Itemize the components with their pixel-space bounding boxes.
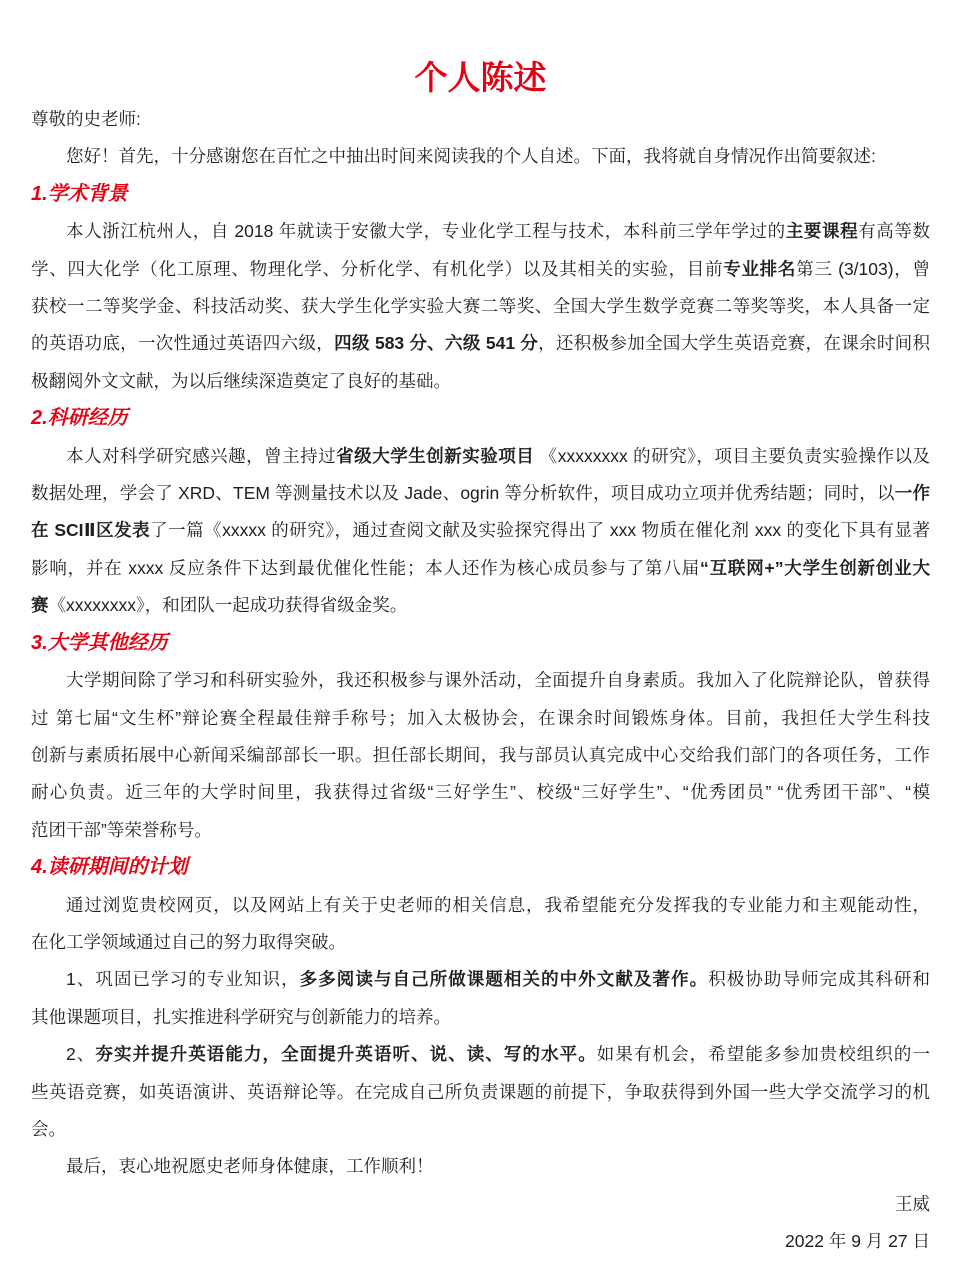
body-text: 1、巩固已学习的专业知识， [66, 969, 300, 989]
body-line: 在 SCIⅡ区发表了一篇《xxxxx 的研究》，通过查阅文献及实验探究得出了 x… [31, 512, 930, 549]
body-text: ，还积极参加全国大学生英语竞赛，在课余时间积 [538, 333, 930, 353]
body-line: 耐心负责。近三年的大学时间里，我获得过省级“三好学生”、校级“三好学生”、“优秀… [31, 774, 930, 811]
body-line: 影响，并在 xxxx 反应条件下达到最优催化性能；本人还作为核心成员参与了第八届… [31, 550, 930, 587]
bold-text: 赛 [31, 595, 49, 615]
salutation: 尊敬的史老师: [31, 101, 930, 138]
body-line: 学、四大化学（化工原理、物理化学、分析化学、有机化学）以及其相关的实验，目前专业… [31, 251, 930, 288]
body-line: 获校一二等奖学金、科技活动奖、获大学生化学实验大赛二等奖、全国大学生数学竞赛二等… [31, 288, 930, 325]
body-line: 极翻阅外文文献，为以后继续深造奠定了良好的基础。 [31, 363, 930, 400]
body-text: 通过浏览贵校网页，以及网站上有关于史老师的相关信息，我希望能充分发挥我的专业能力… [66, 895, 930, 915]
body-text: 《xxxxxxxx》，和团队一起成功获得省级金奖。 [49, 595, 408, 615]
section-heading: 3.大学其他经历 [31, 625, 930, 662]
body-text: 最后，衷心地祝愿史老师身体健康，工作顺利！ [66, 1156, 434, 1176]
section-heading: 2.科研经历 [31, 400, 930, 437]
section-heading: 1.学术背景 [31, 176, 930, 213]
bold-text: 省级大学生创新实验项目 [336, 446, 534, 466]
body-line: 会。 [31, 1111, 930, 1148]
body-text: 积极协助导师完成其科研和 [708, 969, 930, 989]
body-line: 最后，衷心地祝愿史老师身体健康，工作顺利！ [31, 1148, 930, 1185]
body-text: 第三 (3/103)，曾 [796, 259, 930, 279]
body-text: 了一篇《xxxxx 的研究》，通过查阅文献及实验探究得出了 xxx 物质在催化剂… [150, 520, 930, 540]
body-text: 创新与素质拓展中心新闻采编部部长一职。担任部长期间，我与部员认真完成中心交给我们… [31, 745, 930, 765]
body-text: 些英语竞赛，如英语演讲、英语辩论等。在完成自己所负责课题的前提下，争取获得到外国… [31, 1082, 930, 1102]
date: 2022 年 9 月 27 日 [31, 1223, 930, 1260]
body-text: 影响，并在 xxxx 反应条件下达到最优催化性能；本人还作为核心成员参与了第八届 [31, 558, 700, 578]
bold-text: 夯实并提升英语能力，全面提升英语听、说、读、写的水平。 [95, 1044, 596, 1064]
body-line: 范团干部”等荣誉称号。 [31, 812, 930, 849]
body-line: 在化工学领域通过自己的努力取得突破。 [31, 924, 930, 961]
body-text: 范团干部”等荣誉称号。 [31, 820, 212, 840]
body-line: 2、夯实并提升英语能力，全面提升英语听、说、读、写的水平。如果有机会，希望能多参… [31, 1036, 930, 1073]
body-text: 耐心负责。近三年的大学时间里，我获得过省级“三好学生”、校级“三好学生”、“优秀… [31, 782, 930, 802]
body-text: 在化工学领域通过自己的努力取得突破。 [31, 932, 346, 952]
page-title: 个人陈述 [31, 0, 930, 101]
body-line: 其他课题项目，扎实推进科学研究与创新能力的培养。 [31, 999, 930, 1036]
body-text: 其他课题项目，扎实推进科学研究与创新能力的培养。 [31, 1007, 451, 1027]
body-line: 1、巩固已学习的专业知识，多多阅读与自己所做课题相关的中外文献及著作。积极协助导… [31, 961, 930, 998]
body-line: 大学期间除了学习和科研实验外，我还积极参与课外活动，全面提升自身素质。我加入了化… [31, 662, 930, 699]
body-text: 大学期间除了学习和科研实验外，我还积极参与课外活动，全面提升自身素质。我加入了化… [66, 670, 930, 690]
body-line: 本人对科学研究感兴趣，曾主持过省级大学生创新实验项目 《xxxxxxxx 的研究… [31, 438, 930, 475]
bold-text: 主要课程 [786, 221, 858, 241]
body-text: 本人对科学研究感兴趣，曾主持过 [66, 446, 336, 466]
body-line: 本人浙江杭州人，自 2018 年就读于安徽大学，专业化学工程与技术，本科前三学年… [31, 213, 930, 250]
body-text: 如果有机会，希望能多参加贵校组织的一 [597, 1044, 930, 1064]
body-text: 您好！首先，十分感谢您在百忙之中抽出时间来阅读我的个人自述。下面，我将就自身情况… [66, 146, 876, 166]
body-text: 极翻阅外文文献，为以后继续深造奠定了良好的基础。 [31, 371, 451, 391]
signature: 王威 [31, 1186, 930, 1223]
document-body: 您好！首先，十分感谢您在百忙之中抽出时间来阅读我的个人自述。下面，我将就自身情况… [31, 138, 930, 1185]
bold-text: 一作 [895, 483, 930, 503]
body-text: 本人浙江杭州人，自 2018 年就读于安徽大学，专业化学工程与技术，本科前三学年… [66, 221, 786, 241]
body-text: 会。 [31, 1119, 66, 1139]
body-text: 有高等数 [858, 221, 930, 241]
body-text: 的英语功底，一次性通过英语四六级， [31, 333, 334, 353]
body-text: 获校一二等奖学金、科技活动奖、获大学生化学实验大赛二等奖、全国大学生数学竞赛二等… [31, 296, 930, 316]
body-text: 数据处理，学会了 XRD、TEM 等测量技术以及 Jade、ogrin 等分析软… [31, 483, 895, 503]
bold-text: 多多阅读与自己所做课题相关的中外文献及著作。 [300, 969, 709, 989]
body-line: 过 第七届“文生杯”辩论赛全程最佳辩手称号；加入太极协会，在课余时间锻炼身体。目… [31, 700, 930, 737]
body-line: 您好！首先，十分感谢您在百忙之中抽出时间来阅读我的个人自述。下面，我将就自身情况… [31, 138, 930, 175]
body-line: 的英语功底，一次性通过英语四六级，四级 583 分、六级 541 分，还积极参加… [31, 325, 930, 362]
bold-text: 在 SCIⅡ区发表 [31, 520, 150, 540]
section-heading: 4.读研期间的计划 [31, 849, 930, 886]
bold-text: “互联网+”大学生创新创业大 [700, 558, 930, 578]
body-line: 创新与素质拓展中心新闻采编部部长一职。担任部长期间，我与部员认真完成中心交给我们… [31, 737, 930, 774]
body-text: 学、四大化学（化工原理、物理化学、分析化学、有机化学）以及其相关的实验，目前 [31, 259, 723, 279]
body-text: 《xxxxxxxx 的研究》，项目主要负责实验操作以及 [534, 446, 930, 466]
body-line: 些英语竞赛，如英语演讲、英语辩论等。在完成自己所负责课题的前提下，争取获得到外国… [31, 1074, 930, 1111]
bold-text: 四级 583 分、六级 541 分 [334, 333, 538, 353]
body-text: 过 第七届“文生杯”辩论赛全程最佳辩手称号；加入太极协会，在课余时间锻炼身体。目… [31, 708, 930, 728]
personal-statement-page: 个人陈述 尊敬的史老师: 您好！首先，十分感谢您在百忙之中抽出时间来阅读我的个人… [0, 0, 961, 1280]
body-line: 数据处理，学会了 XRD、TEM 等测量技术以及 Jade、ogrin 等分析软… [31, 475, 930, 512]
bold-text: 专业排名 [723, 259, 796, 279]
body-line: 通过浏览贵校网页，以及网站上有关于史老师的相关信息，我希望能充分发挥我的专业能力… [31, 887, 930, 924]
body-line: 赛《xxxxxxxx》，和团队一起成功获得省级金奖。 [31, 587, 930, 624]
body-text: 2、 [66, 1044, 95, 1064]
